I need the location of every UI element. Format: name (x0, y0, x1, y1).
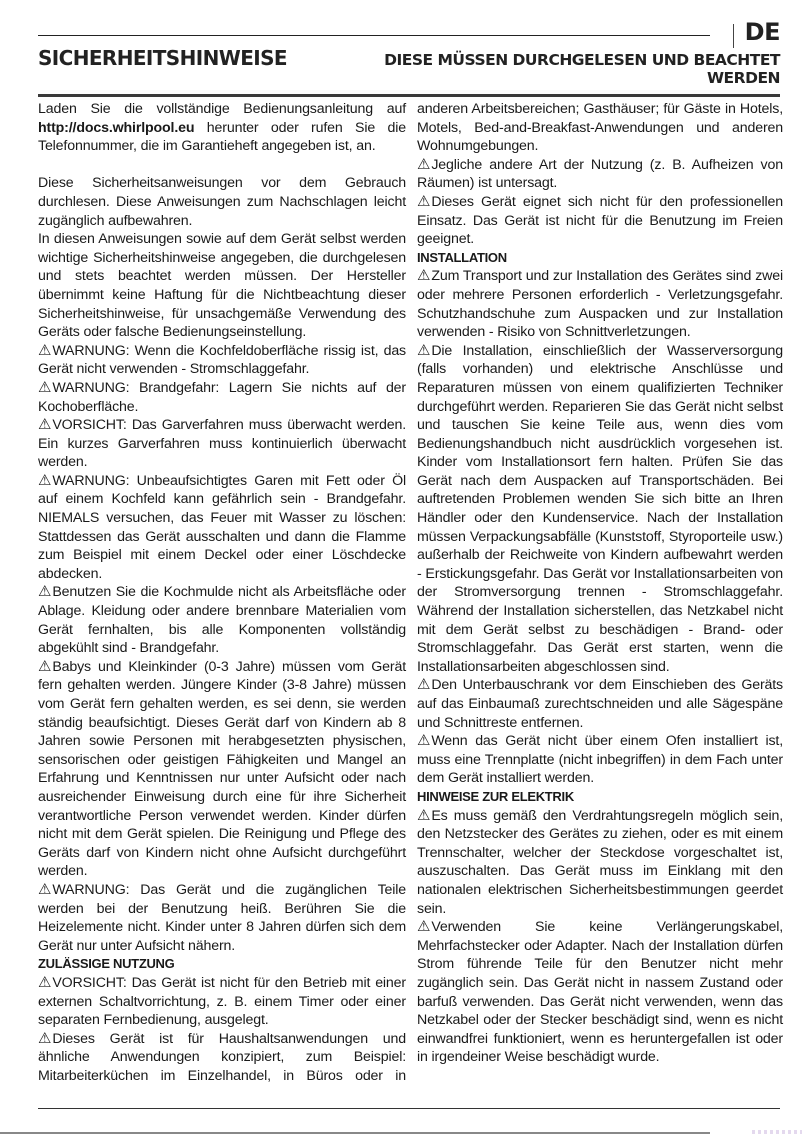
warning-text: Zum Transport und zur Installation des G… (417, 268, 783, 340)
warning-text: Wenn das Gerät nicht über einem Ofen ins… (417, 733, 783, 786)
warning-text: WARNUNG: Unbeaufsichtigtes Garen mit Fet… (38, 473, 406, 582)
warning-item: ⚠WARNUNG: Wenn die Kochfeldoberfläche ri… (38, 342, 406, 379)
warning-triangle-icon: ⚠ (417, 809, 430, 823)
warning-triangle-icon: ⚠ (38, 381, 51, 395)
warning-item: ⚠Die Installation, einschließlich der Wa… (417, 342, 783, 677)
warning-item: ⚠Dieses Gerät ist für Haushaltsanwendung… (38, 1030, 406, 1086)
warning-triangle-icon: ⚠ (417, 195, 430, 209)
warning-triangle-icon: ⚠ (38, 1032, 51, 1046)
section-heading-permitted-use: ZULÄSSIGE NUTZUNG (38, 955, 406, 974)
warning-text: Den Unterbauschrank vor dem Einschieben … (417, 677, 783, 730)
section-heading-installation: INSTALLATION (417, 249, 783, 268)
footer-print-mark (752, 1130, 802, 1134)
warning-triangle-icon: ⚠ (38, 660, 51, 674)
warning-item: ⚠Zum Transport und zur Installation des … (417, 267, 783, 341)
warning-item: ⚠WARNUNG: Brandgefahr: Lagern Sie nichts… (38, 379, 406, 416)
page-subtitle: DIESE MÜSSEN DURCHGELESEN UND BEACHTET W… (320, 51, 780, 87)
warning-triangle-icon: ⚠ (417, 158, 430, 172)
warning-triangle-icon: ⚠ (38, 976, 51, 990)
warning-item: ⚠Babys und Kleinkinder (0-3 Jahre) müsse… (38, 658, 406, 881)
warning-item: ⚠Benutzen Sie die Kochmulde nicht als Ar… (38, 583, 406, 657)
warning-item: ⚠WARNUNG: Unbeaufsichtigtes Garen mit Fe… (38, 472, 406, 584)
warning-text: WARNUNG: Brandgefahr: Lagern Sie nichts … (38, 380, 406, 415)
warning-item: ⚠Den Unterbauschrank vor dem Einschieben… (417, 676, 783, 732)
section-heading-electrical: HINWEISE ZUR ELEKTRIK (417, 788, 783, 807)
intro-paragraph: Laden Sie die vollständige Bedienungsanl… (38, 100, 406, 156)
warning-item: ⚠WARNUNG: Das Gerät und die zugänglichen… (38, 881, 406, 955)
warning-triangle-icon: ⚠ (38, 474, 51, 488)
left-column: Laden Sie die vollständige Bedienungsanl… (38, 100, 406, 1085)
warning-triangle-icon: ⚠ (38, 585, 51, 599)
important-notes-paragraph: In diesen Anweisungen sowie auf dem Gerä… (38, 230, 406, 342)
intro-text-before-url: Laden Sie die vollständige Bedienungsanl… (38, 101, 406, 117)
warning-triangle-icon: ⚠ (417, 344, 430, 358)
warning-item: ⚠VORSICHT: Das Garverfahren muss überwac… (38, 416, 406, 472)
warning-text: Dieses Gerät ist für Haushaltsanwendunge… (38, 1031, 406, 1084)
warning-triangle-icon: ⚠ (38, 883, 51, 897)
warning-item: ⚠Wenn das Gerät nicht über einem Ofen in… (417, 732, 783, 788)
warning-text: WARNUNG: Wenn die Kochfeldoberfläche ris… (38, 343, 406, 378)
warning-item: ⚠VORSICHT: Das Gerät ist nicht für den B… (38, 974, 406, 1030)
warning-item: ⚠Es muss gemäß den Verdrahtungsregeln mö… (417, 807, 783, 919)
warning-text: Die Installation, einschließlich der Was… (417, 343, 783, 675)
warning-text: Dieses Gerät eignet sich nicht für den p… (417, 194, 783, 247)
warning-triangle-icon: ⚠ (417, 269, 430, 283)
warning-text: VORSICHT: Das Garverfahren muss überwach… (38, 417, 406, 470)
warning-text: Jegliche andere Art der Nutzung (z. B. A… (417, 157, 783, 192)
right-column: anderen Arbeitsbereichen; Gasthäuser; fü… (417, 100, 783, 1067)
warning-item: ⚠Dieses Gerät eignet sich nicht für den … (417, 193, 783, 249)
page-title: SICHERHEITSHINWEISE (38, 46, 287, 70)
docs-url-link[interactable]: http://docs.whirlpool.eu (38, 120, 194, 136)
header-tick-divider (733, 24, 734, 48)
warning-item: ⚠Jegliche andere Art der Nutzung (z. B. … (417, 156, 783, 193)
header-top-rule (38, 35, 710, 36)
warning-triangle-icon: ⚠ (417, 678, 430, 692)
warning-text: Babys und Kleinkinder (0-3 Jahre) müssen… (38, 659, 406, 880)
warning-text: Benutzen Sie die Kochmulde nicht als Arb… (38, 584, 406, 656)
read-instructions-paragraph: Diese Sicherheitsanweisungen vor dem Geb… (38, 174, 406, 230)
warning-triangle-icon: ⚠ (38, 344, 51, 358)
warning-triangle-icon: ⚠ (417, 734, 430, 748)
warning-text: Es muss gemäß den Verdrahtungsregeln mög… (417, 808, 783, 917)
warning-text: VORSICHT: Das Gerät ist nicht für den Be… (38, 975, 406, 1028)
content-bottom-rule (38, 1108, 780, 1109)
warning-triangle-icon: ⚠ (417, 920, 430, 934)
warning-item: ⚠Verwenden Sie keine Verlängerungskabel,… (417, 918, 783, 1067)
language-code: DE (745, 18, 780, 46)
warning-text: Verwenden Sie keine Verlängerungskabel, … (417, 919, 783, 1065)
warning-triangle-icon: ⚠ (38, 418, 51, 432)
header-bottom-rule (38, 94, 780, 97)
warning-text: WARNUNG: Das Gerät und die zugänglichen … (38, 882, 406, 954)
permitted-use-continued: anderen Arbeitsbereichen; Gasthäuser; fü… (417, 100, 783, 156)
